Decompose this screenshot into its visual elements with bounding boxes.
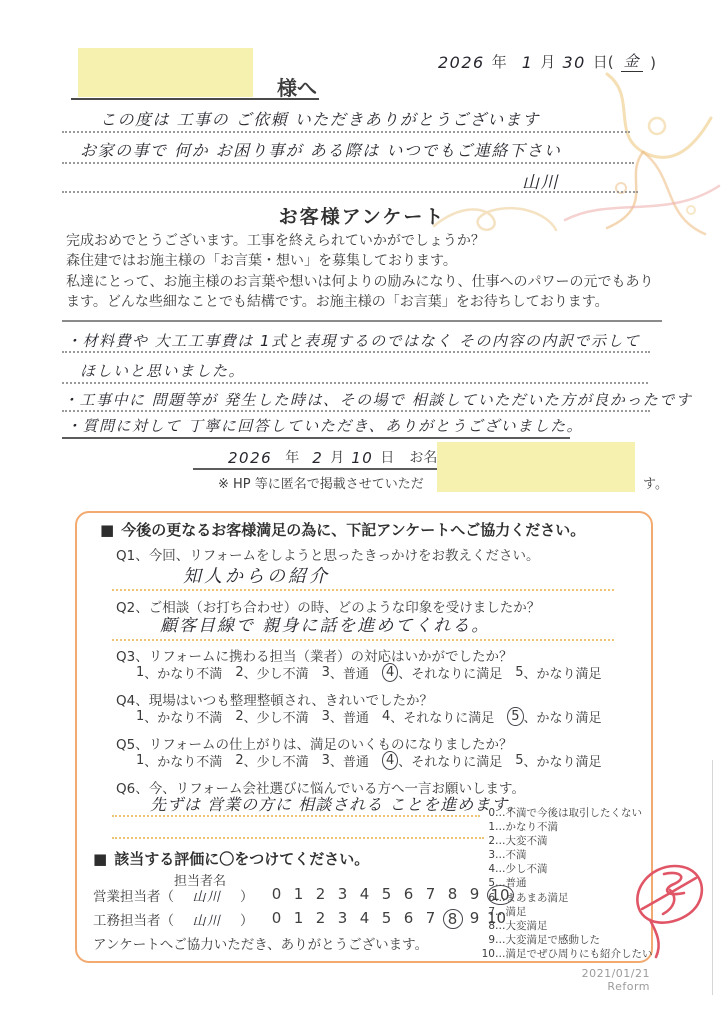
option: 1、かなり不満: [136, 751, 222, 770]
footer-revision: 2021/01/21 Reform: [538, 967, 650, 993]
question-q1: Q1、今回、リフォームをしようと思ったきっかけをお教えください。: [116, 544, 540, 564]
letter-date: 2026 年 1 月 30 日( 金 ): [438, 50, 656, 72]
ruled-line: [62, 131, 630, 133]
legend-item: 3…不満: [480, 848, 653, 862]
answer-q1: 知人からの紹介: [183, 562, 330, 588]
section-divider: [62, 320, 662, 322]
option: 4、それなりに満足: [382, 663, 502, 682]
letter-date-year: 2026: [438, 53, 485, 72]
question-q5: Q5、リフォームの仕上がりは、満足のいくものになりましたか？: [116, 733, 513, 753]
letter-date-year-label: 年: [492, 51, 507, 72]
options-q4: 1、かなり不満 2、少し不満 3、普通 4、それなりに満足 5、かなり満足: [136, 707, 602, 726]
rating-scale: 012345678910: [266, 909, 508, 929]
intro-line: 完成おめでとうございます。工事を終えられていかがでしょうか？: [66, 231, 653, 251]
greeting-line: この度は 工事の ご依頼 いただきありがとうございます: [100, 107, 540, 130]
recipient-underline: [71, 98, 319, 100]
option: 4、それなりに満足: [382, 707, 494, 726]
option: 1、かなり不満: [136, 707, 222, 726]
intro-line: ます。どんな些細なことでも結構です。お施主様の「お言葉」をお待ちしております。: [66, 292, 653, 312]
option: 3、普通: [322, 707, 369, 726]
ruled-line-solid: [62, 437, 570, 439]
answer-line-empty: [112, 837, 484, 839]
answer-line: [112, 589, 614, 591]
legend-item: 1…かなり不満: [480, 820, 653, 834]
redacted-name-overlay: [78, 48, 253, 97]
letter-date-close-paren: ): [650, 54, 656, 72]
option: 5、かなり満足: [515, 751, 601, 770]
option: 2、少し不満: [235, 751, 308, 770]
thanks-note: アンケートへご協力いただき、ありがとうございます。: [93, 933, 428, 953]
hanko-stamp-icon: [630, 856, 712, 960]
hp-anonymous-note-tail: す。: [643, 473, 668, 492]
ruled-line: [62, 191, 638, 193]
rating-row-construction: 工務担当者（山川） 012345678910: [93, 908, 508, 930]
legend-item: 2…大変不満: [480, 834, 653, 848]
redacted-name-overlay: [437, 442, 635, 492]
signed-date-year-label: 年: [285, 447, 299, 467]
feedback-line: ほしいと思いました。: [80, 360, 245, 381]
answer-q6: 先ずは 営業の方に 相談される ことを進めます。: [150, 792, 524, 815]
scanned-survey-document: 2026 年 1 月 30 日( 金 ) 様へ この度は 工事の ご依頼 いただ…: [0, 0, 724, 1024]
questionnaire-heading: ■今後の更なるお客様満足の為に、下記アンケートへご協力ください。: [100, 519, 585, 540]
option: 3、普通: [322, 751, 369, 770]
feedback-line: ・工事中に 問題等が 発生した時は、その場で 相談していただいた方が良かったです: [63, 389, 692, 410]
feedback-line: ・質問に対して 丁寧に回答していただき、ありがとうございました。: [66, 415, 583, 436]
intro-line: 森住建ではお施主様の「お言葉・想い」を募集しております。: [66, 251, 653, 271]
intro-line: 私達にとって、お施主様のお言葉や想いは何よりの励みになり、仕事へのパワーの元でも…: [66, 272, 653, 292]
rating-row-sales: 営業担当者（山川） 012345678910: [93, 884, 515, 906]
question-q3: Q3、リフォームに携わる担当（業者）の対応はいかがでしたか？: [116, 645, 513, 665]
option: 1、かなり不満: [136, 663, 222, 682]
legend-item: 4…少し不満: [480, 862, 653, 876]
letter-date-weekday: 金: [621, 50, 644, 72]
options-q5: 1、かなり不満 2、少し不満 3、普通 4、それなりに満足 5、かなり満足: [136, 751, 602, 770]
options-q3: 1、かなり不満 2、少し不満 3、普通 4、それなりに満足 5、かなり満足: [136, 663, 602, 682]
option: 2、少し不満: [235, 663, 308, 682]
option: 2、少し不満: [235, 707, 308, 726]
option: 5、かなり満足: [515, 663, 601, 682]
ruled-line: [62, 351, 650, 353]
scan-edge-line: [712, 760, 713, 995]
intro-paragraph: 完成おめでとうございます。工事を終えられていかがでしょうか？ 森住建ではお施主様…: [66, 231, 653, 312]
ruled-line: [62, 382, 648, 384]
answer-line: [112, 815, 480, 817]
hp-anonymous-note: ※ HP 等に匿名で掲載させていただ: [218, 473, 424, 492]
signed-date-month: 2: [312, 449, 323, 467]
signed-date-month-label: 月: [330, 447, 344, 467]
staff-signature: 山川: [522, 168, 559, 193]
feedback-line: ・材料費や 大工工事費は 1式と表現するのではなく その内容の内訳で示して: [66, 330, 640, 351]
letter-date-day-label: 日(: [593, 51, 614, 72]
square-bullet-icon: ■: [100, 521, 114, 539]
greeting-line: お家の事で 何か お困り事が ある際は いつでもご連絡下さい: [80, 138, 561, 161]
recipient-suffix: 様へ: [277, 72, 317, 101]
option: 4、それなりに満足: [382, 751, 502, 770]
answer-q2: 顧客目線で 親身に話を進めてくれる。: [160, 611, 490, 636]
legend-item: 0…不満で今後は取引したくない: [480, 806, 653, 820]
question-q4: Q4、現場はいつも整理整頓され、きれいでしたか？: [116, 689, 433, 709]
letter-date-month-label: 月: [540, 51, 555, 72]
option: 3、普通: [322, 663, 369, 682]
ruled-line: [62, 162, 634, 164]
legend-item: 10…満足でぜひ周りにも紹介したい: [480, 947, 653, 961]
letter-date-day: 30: [562, 53, 585, 72]
signed-date-day-label: 日: [380, 447, 394, 467]
letter-date-month: 1: [522, 53, 534, 72]
signed-date-year: 2026: [228, 449, 272, 467]
signed-date-day: 10: [351, 449, 373, 467]
legend-item: 9…大変満足で感動した: [480, 933, 653, 947]
option: 5、かなり満足: [507, 707, 601, 726]
page-title: お客様アンケート: [0, 202, 724, 229]
signed-date-row: 2026 年 2 月 10 日 お名前: [228, 447, 451, 467]
staff-name-handwritten: 山川: [174, 886, 240, 905]
ruled-line: [62, 410, 650, 412]
ratings-heading: ■該当する評価に〇をつけてください。: [93, 848, 369, 869]
answer-line: [112, 639, 614, 641]
square-bullet-icon: ■: [93, 850, 107, 868]
staff-name-handwritten: 山川: [174, 910, 240, 929]
rating-scale: 012345678910: [266, 885, 515, 905]
